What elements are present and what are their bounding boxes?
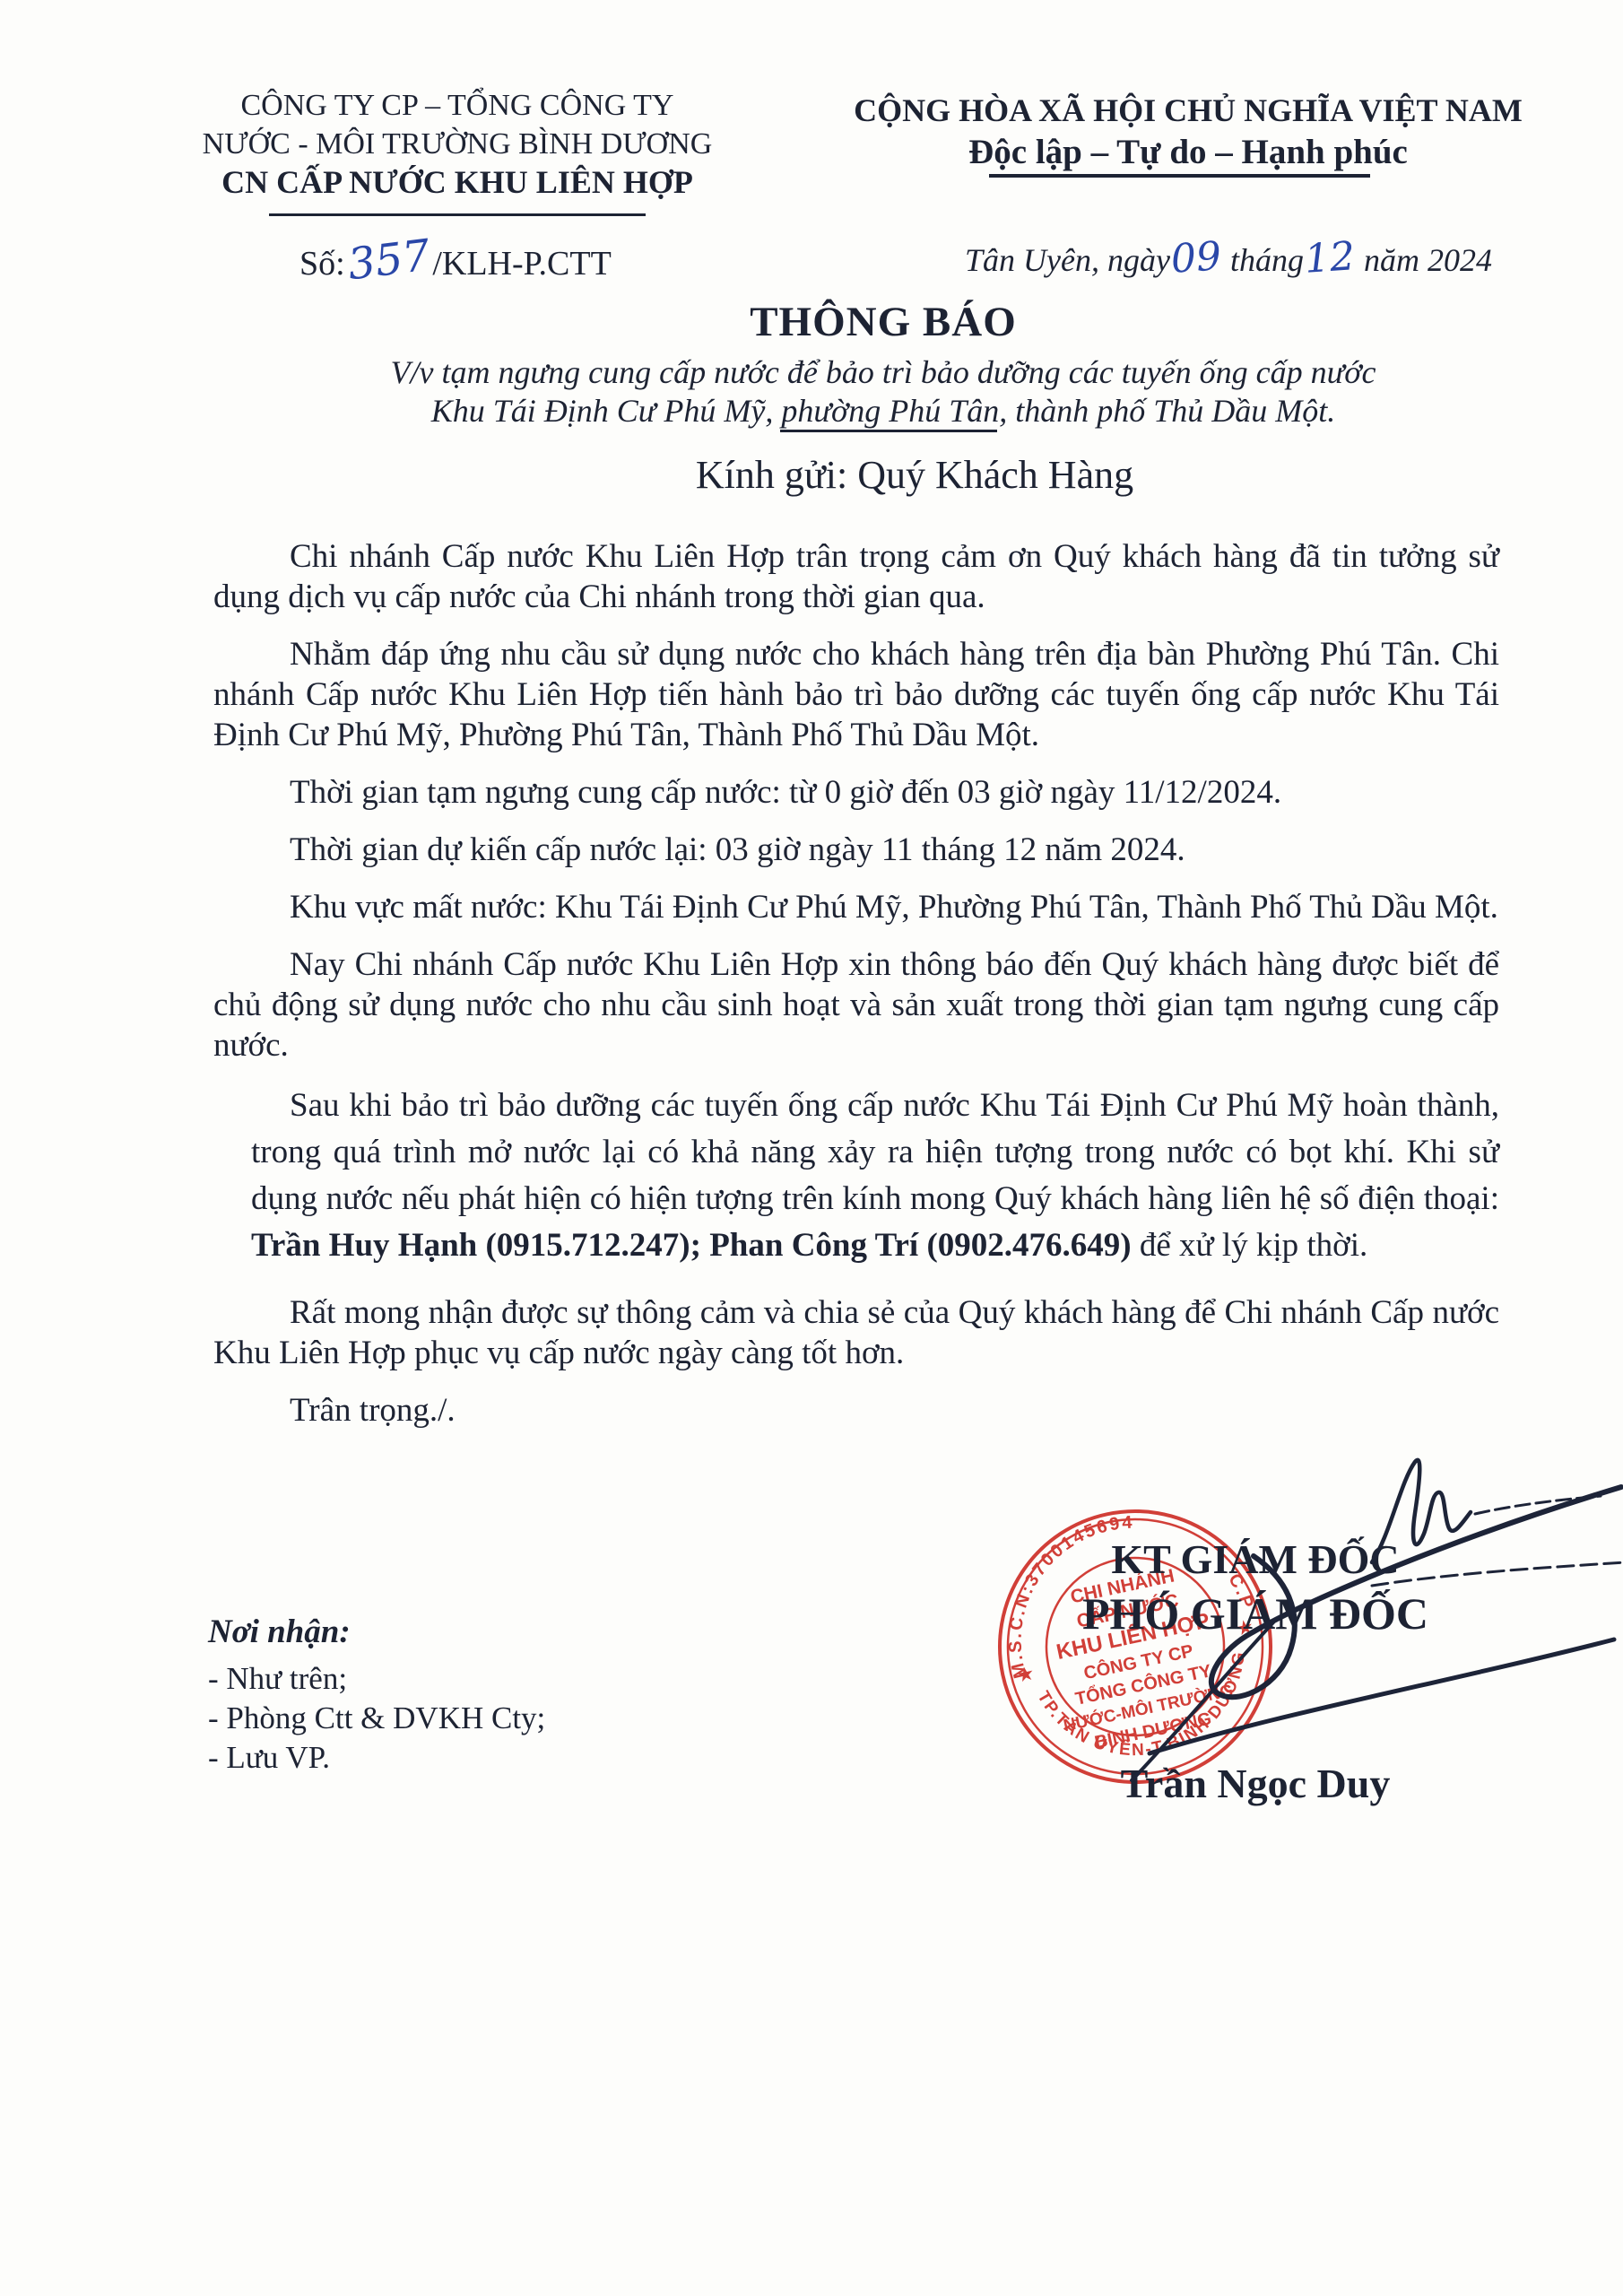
company-branch-name: CN CẤP NƯỚC KHU LIÊN HỢP (108, 163, 807, 202)
contact-text-post: để xử lý kịp thời. (1132, 1227, 1368, 1264)
date-mid: tháng (1230, 242, 1304, 278)
contact-text-pre: Sau khi bảo trì bảo dưỡng các tuyến ống … (251, 1087, 1499, 1217)
recipients-block: Nơi nhận: - Như trên; - Phòng Ctt & DVKH… (208, 1613, 545, 1778)
subject-underline (780, 430, 997, 432)
recipient-item: - Phòng Ctt & DVKH Cty; (208, 1699, 545, 1738)
paragraph-apology: Rất mong nhận được sự thông cảm và chia … (213, 1292, 1499, 1373)
national-header: CỘNG HÒA XÃ HỘI CHỦ NGHĨA VIỆT NAM Độc l… (789, 90, 1587, 174)
recipient-item: - Lưu VP. (208, 1738, 545, 1778)
document-body: Chi nhánh Cấp nước Khu Liên Hợp trân trọ… (213, 536, 1499, 1448)
ref-number-handwritten: 357 (345, 234, 432, 287)
paragraph-affected-area: Khu vực mất nước: Khu Tái Định Cư Phú Mỹ… (213, 887, 1499, 927)
ref-label: Số: (299, 245, 345, 283)
national-motto: Độc lập – Tự do – Hạnh phúc (789, 131, 1587, 174)
paragraph-reason: Nhằm đáp ứng nhu cầu sử dụng nước cho kh… (213, 634, 1499, 755)
contact-names-phones: Trần Huy Hạnh (0915.712.247); Phan Công … (251, 1227, 1132, 1264)
recipient-item: - Như trên; (208, 1659, 545, 1699)
paragraph-regards: Trân trọng./. (213, 1390, 1499, 1431)
date-month-handwritten: 12 (1304, 237, 1357, 280)
reference-number: Số:357/KLH-P.CTT (299, 239, 612, 283)
date-post: năm 2024 (1364, 242, 1492, 278)
national-title: CỘNG HÒA XÃ HỘI CHỦ NGHĨA VIỆT NAM (789, 90, 1587, 131)
date-day-handwritten: 09 (1170, 237, 1223, 280)
paragraph-restore-time: Thời gian dự kiến cấp nước lại: 03 giờ n… (213, 830, 1499, 870)
letterhead-underline (269, 213, 646, 216)
signer-role-line-1: KT GIÁM ĐỐC (1031, 1535, 1480, 1583)
subject-line-1: V/v tạm ngưng cung cấp nước để bảo trì b… (215, 353, 1551, 391)
place-date-line: Tân Uyên, ngày09 tháng12 năm 2024 (915, 239, 1542, 279)
letterhead-company: CÔNG TY CP – TỔNG CÔNG TY NƯỚC - MÔI TRƯ… (108, 86, 807, 202)
paragraph-notice: Nay Chi nhánh Cấp nước Khu Liên Hợp xin … (213, 944, 1499, 1065)
seal-star-left: ★ (1014, 1661, 1037, 1687)
signer-name: Trần Ngọc Duy (1031, 1760, 1480, 1807)
paragraph-contact: Sau khi bảo trì bảo dưỡng các tuyến ống … (251, 1083, 1499, 1269)
company-line-1: CÔNG TY CP – TỔNG CÔNG TY (108, 86, 807, 125)
document-page: CÔNG TY CP – TỔNG CÔNG TY NƯỚC - MÔI TRƯ… (0, 0, 1623, 2296)
date-pre: Tân Uyên, ngày (965, 242, 1170, 278)
company-line-2: NƯỚC - MÔI TRƯỜNG BÌNH DƯƠNG (108, 125, 807, 163)
motto-underline (989, 174, 1370, 178)
paragraph-outage-time: Thời gian tạm ngưng cung cấp nước: từ 0 … (213, 772, 1499, 813)
document-title: THÔNG BÁO (215, 298, 1551, 346)
paragraph-thanks: Chi nhánh Cấp nước Khu Liên Hợp trân trọ… (213, 536, 1499, 617)
recipients-title: Nơi nhận: (208, 1613, 545, 1652)
salutation: Kính gửi: Quý Khách Hàng (247, 452, 1583, 498)
subject-line-2: Khu Tái Định Cư Phú Mỹ, phường Phú Tân, … (215, 392, 1551, 430)
signer-role-line-2: PHÓ GIÁM ĐỐC (1022, 1587, 1488, 1639)
ref-suffix: /KLH-P.CTT (432, 245, 612, 283)
